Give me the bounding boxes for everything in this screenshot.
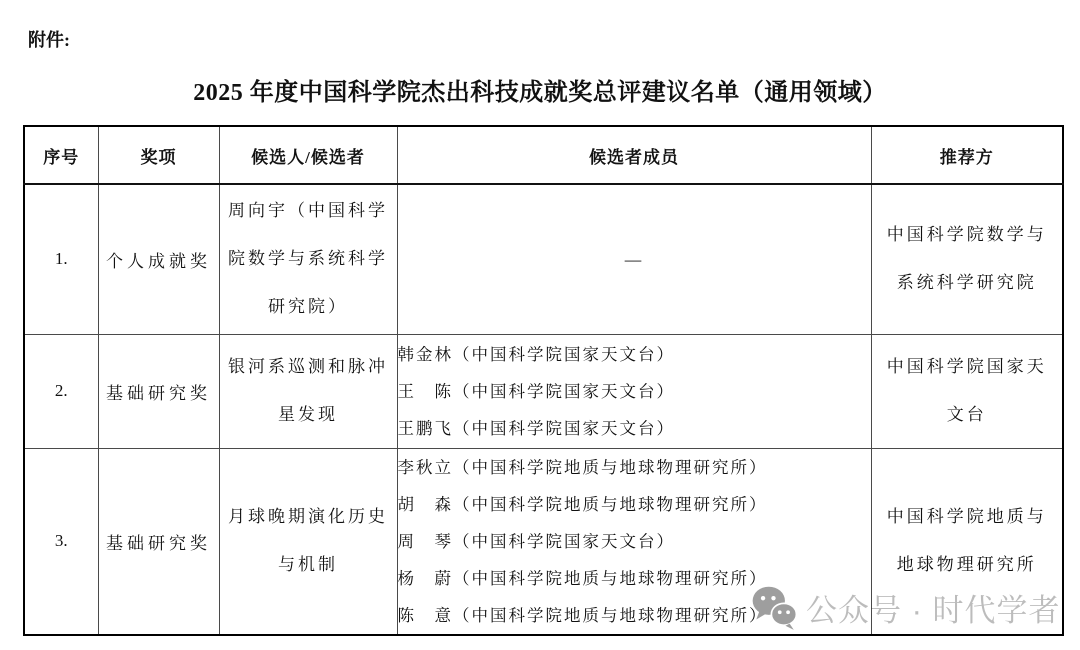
column-header-recommender: 推荐方 — [871, 126, 1063, 184]
row-index-cell: 2. — [24, 334, 98, 448]
award-cell: 基础研究奖 — [98, 334, 219, 448]
recommender-cell: 中国科学院数学与 系统科学研究院 — [871, 184, 1063, 334]
table-header-row: 序号 奖项 候选人/候选者 候选者成员 推荐方 — [24, 126, 1063, 184]
members-cell: 韩金林（中国科学院国家天文台） 王 陈（中国科学院国家天文台） 王鹏飞（中国科学… — [397, 334, 871, 448]
members-cell: 李秋立（中国科学院地质与地球物理研究所） 胡 森（中国科学院地质与地球物理研究所… — [397, 448, 871, 635]
members-cell: — — [397, 184, 871, 334]
recommender-cell: 中国科学院地质与 地球物理研究所 — [871, 448, 1063, 635]
column-header-members: 候选者成员 — [397, 126, 871, 184]
column-header-candidate: 候选人/候选者 — [219, 126, 397, 184]
table-row: 3. 基础研究奖 月球晚期演化历史 与机制 李秋立（中国科学院地质与地球物理研究… — [24, 448, 1063, 635]
row-index-cell: 3. — [24, 448, 98, 635]
awards-table: 序号 奖项 候选人/候选者 候选者成员 推荐方 1. 个人成就奖 周向宇（中国科… — [23, 125, 1064, 636]
recommender-cell: 中国科学院国家天 文台 — [871, 334, 1063, 448]
award-cell: 基础研究奖 — [98, 448, 219, 635]
page-title: 2025 年度中国科学院杰出科技成就奖总评建议名单（通用领域） — [0, 72, 1080, 107]
table-row: 1. 个人成就奖 周向宇（中国科学 院数学与系统科学 研究院） — 中国科学院数… — [24, 184, 1063, 334]
candidate-cell: 月球晚期演化历史 与机制 — [219, 448, 397, 635]
column-header-index: 序号 — [24, 126, 98, 184]
document-page: 附件: 2025 年度中国科学院杰出科技成就奖总评建议名单（通用领域） 序号 奖… — [0, 0, 1080, 650]
attachment-label: 附件: — [28, 26, 70, 52]
table-row: 2. 基础研究奖 银河系巡测和脉冲 星发现 韩金林（中国科学院国家天文台） 王 … — [24, 334, 1063, 448]
candidate-cell: 周向宇（中国科学 院数学与系统科学 研究院） — [219, 184, 397, 334]
column-header-award: 奖项 — [98, 126, 219, 184]
candidate-cell: 银河系巡测和脉冲 星发现 — [219, 334, 397, 448]
row-index-cell: 1. — [24, 184, 98, 334]
award-cell: 个人成就奖 — [98, 184, 219, 334]
